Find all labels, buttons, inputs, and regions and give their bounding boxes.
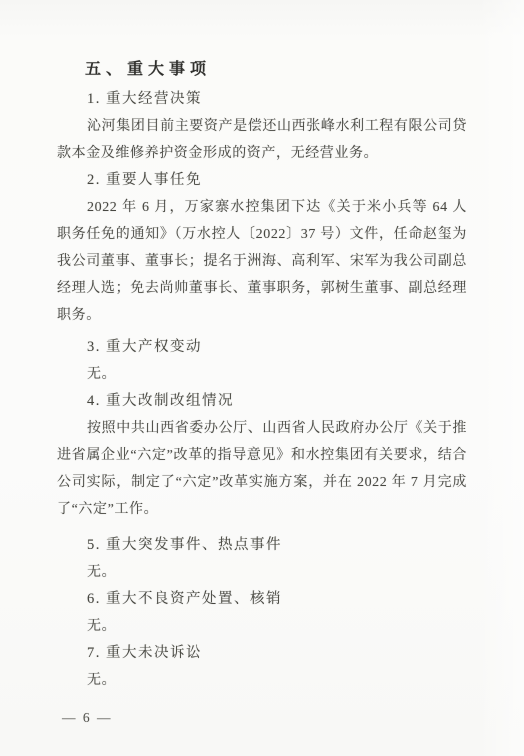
item-2-title: 2. 重要人事任免 bbox=[57, 167, 467, 194]
item-5-title: 5. 重大突发事件、热点事件 bbox=[57, 532, 467, 559]
item-4-title: 4. 重大改制改组情况 bbox=[57, 388, 467, 415]
document-body: 五、重大事项 1. 重大经营决策 沁河集团目前主要资产是偿还山西张峰水利工程有限… bbox=[0, 0, 524, 728]
item-2-body: 2022 年 6 月，万家寨水控集团下达《关于米小兵等 64 人职务任免的通知》… bbox=[57, 194, 467, 329]
item-1-title: 1. 重大经营决策 bbox=[57, 86, 467, 113]
item-7-body: 无。 bbox=[57, 667, 467, 694]
item-5-body: 无。 bbox=[57, 559, 467, 586]
item-1-body: 沁河集团目前主要资产是偿还山西张峰水利工程有限公司贷款本金及维修养护资金形成的资… bbox=[57, 113, 467, 167]
item-6-body: 无。 bbox=[57, 613, 467, 640]
scanned-document-page: 五、重大事项 1. 重大经营决策 沁河集团目前主要资产是偿还山西张峰水利工程有限… bbox=[0, 0, 524, 756]
item-6-title: 6. 重大不良资产处置、核销 bbox=[57, 586, 467, 613]
item-3-body: 无。 bbox=[57, 361, 467, 388]
major-items-heading: 五、重大事项 bbox=[57, 56, 467, 83]
item-7-title: 7. 重大未决诉讼 bbox=[57, 640, 467, 667]
item-4-body: 按照中共山西省委办公厅、山西省人民政府办公厅《关于推进省属企业“六定”改革的指导… bbox=[57, 415, 467, 523]
item-3-title: 3. 重大产权变动 bbox=[57, 334, 467, 361]
page-number: — 6 — bbox=[57, 708, 467, 728]
